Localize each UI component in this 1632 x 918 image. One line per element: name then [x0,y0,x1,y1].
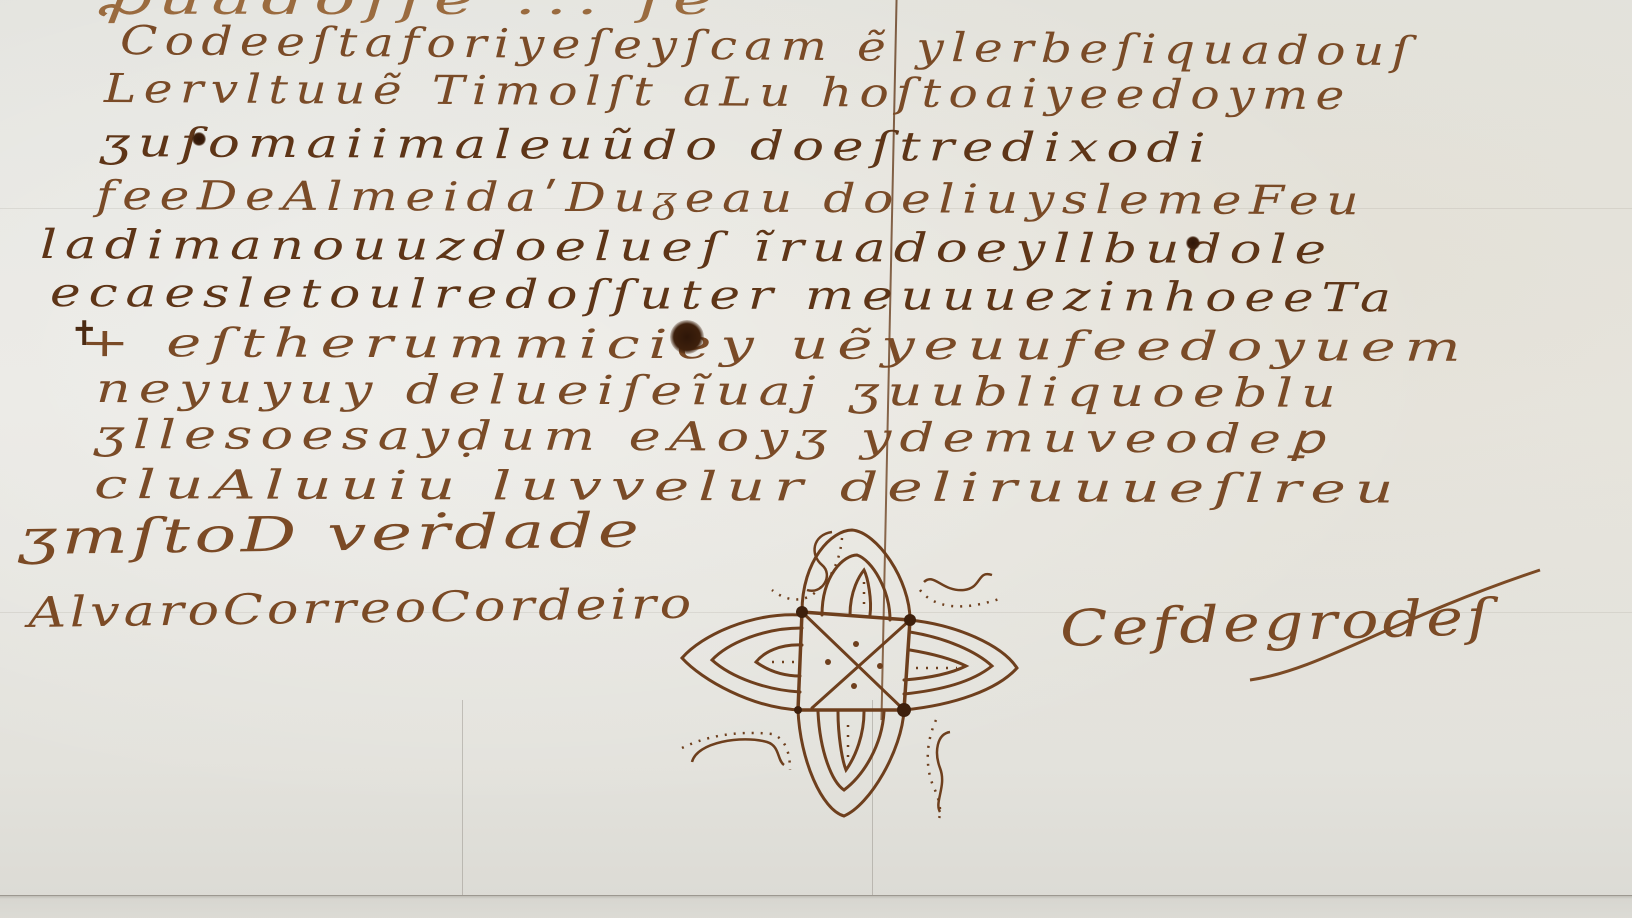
manuscript-line: feeDeAlmeidaʹDuᵹeau doeliuyslemeFeu [96,172,1367,224]
paper-edge [0,895,1632,918]
cross-mark-icon: ✝ [70,314,99,354]
manuscript-line: + eſtherummiciey uẽyeuufeedoyuem [80,320,1470,371]
closing-attestation-line: ʒmſtoD veṙdade [17,502,644,566]
ink-blot [1186,236,1200,250]
manuscript-line: neyuyuy delueiſeĩuaj ʒuubliquoeblu [96,366,1344,417]
notarial-sign-icon [672,520,1032,820]
signature-flourish-icon [1240,560,1560,700]
manuscript-line: cluAluuiu luvvelur deliruuueſlreu [94,462,1403,513]
manuscript-line: ʒuſomaiimaleuũdo doeſtredixodi [100,120,1214,172]
paper-fold-crease [462,700,463,900]
manuscript-line: ladimanouuzdoelueſ ĩruadoeyllbudole [40,222,1334,273]
ink-blot [192,132,206,146]
manuscript-line: ecaesletoulredoſſuter meuuuezinhoeeTa [50,270,1399,321]
manuscript-line: ʒllesoesayḍum eAoyʒ ydemuveodeꝑ [94,412,1332,463]
ink-blot [670,320,704,354]
manuscript-line: Lervltuuẽ Timolſt aLu hoſtoaiyeedoyme [104,66,1352,119]
closing-notary-name: AlvaroCorreoCordeiro [27,579,695,637]
